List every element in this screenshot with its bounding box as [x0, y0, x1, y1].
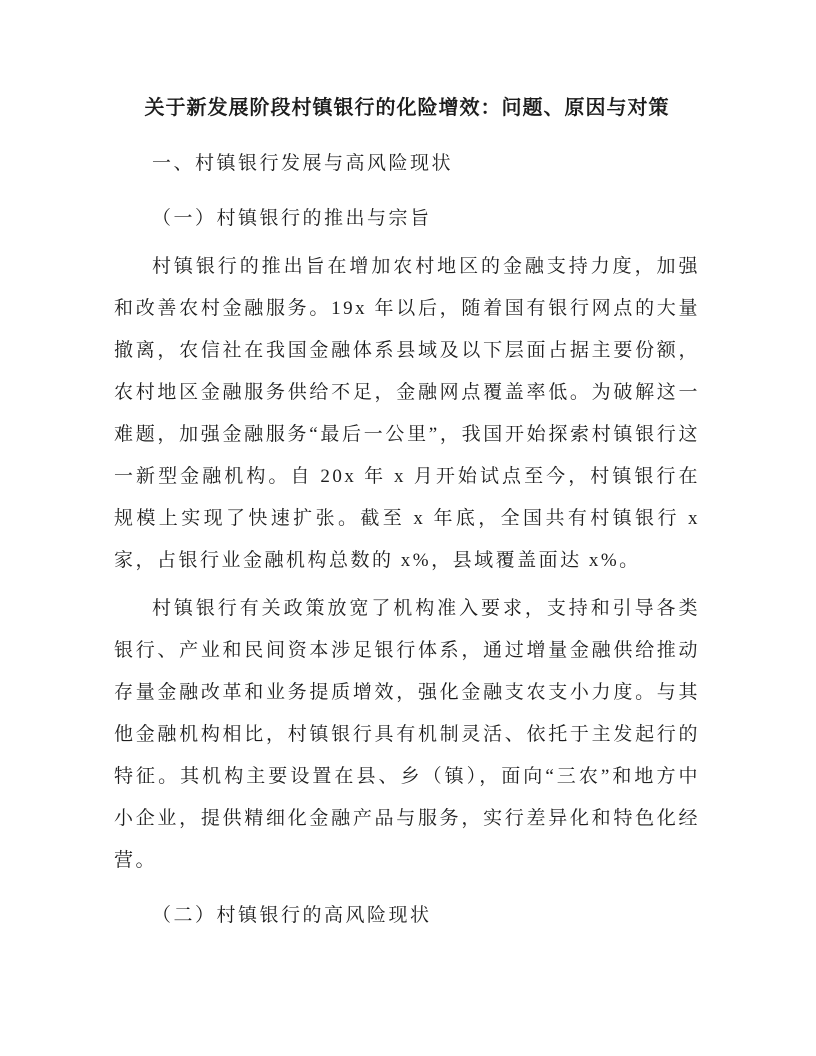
- section-heading-1: 一、村镇银行发展与高风险现状: [114, 143, 700, 185]
- body-paragraph-1: 村镇银行的推出旨在增加农村地区的金融支持力度，加强和改善农村金融服务。19x 年…: [114, 246, 700, 582]
- document-page: 关于新发展阶段村镇银行的化险增效：问题、原因与对策 一、村镇银行发展与高风险现状…: [0, 0, 816, 1056]
- body-paragraph-2: 村镇银行有关政策放宽了机构准入要求，支持和引导各类银行、产业和民间资本涉足银行体…: [114, 588, 700, 882]
- subsection-heading-1-1: （一）村镇银行的推出与宗旨: [114, 198, 700, 240]
- document-title: 关于新发展阶段村镇银行的化险增效：问题、原因与对策: [114, 86, 700, 130]
- subsection-heading-1-2: （二）村镇银行的高风险现状: [114, 895, 700, 937]
